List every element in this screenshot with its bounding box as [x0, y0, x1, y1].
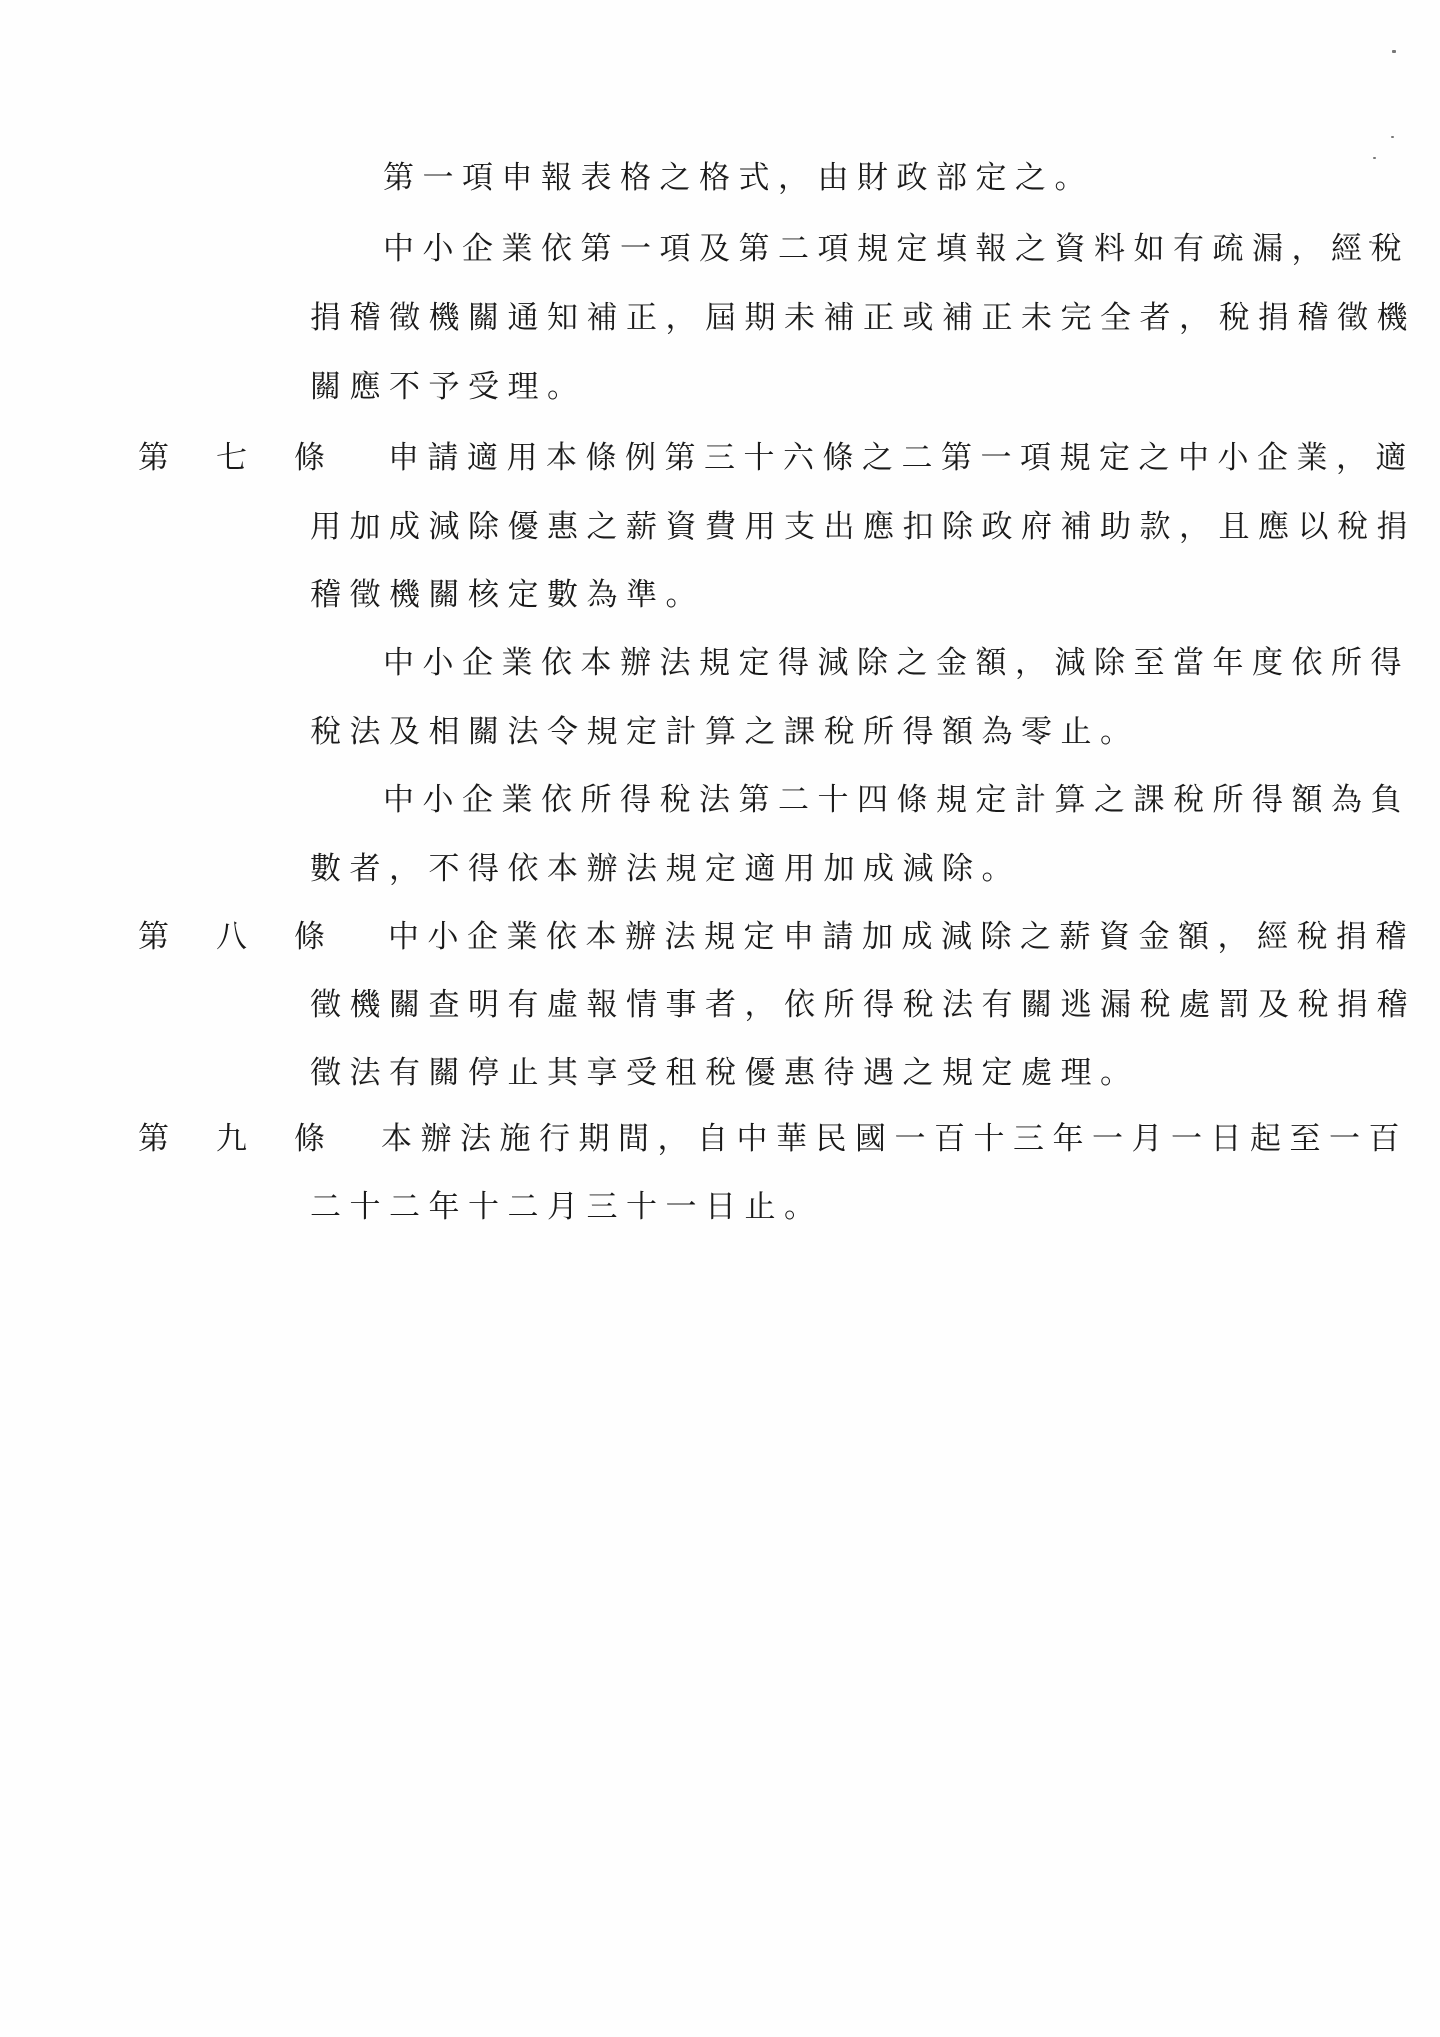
paragraph-line: 徵法有關停止其享受租稅優惠待遇之規定處理。 [310, 1053, 1140, 1093]
paragraph-line: 申請適用本條例第三十六條之二第一項規定之中小企業，適 [388, 438, 1415, 478]
paragraph-line: 捐稽徵機關通知補正，屆期未補正或補正未完全者，稅捐稽徵機 [310, 298, 1416, 338]
paragraph-line: 第一項申報表格之格式，由財政部定之。 [383, 158, 1094, 198]
paragraph-line: 中小企業依所得稅法第二十四條規定計算之課稅所得額為負 [383, 780, 1410, 820]
label-char: 條 [294, 438, 328, 478]
paragraph-line: 中小企業依本辦法規定得減除之金額，減除至當年度依所得 [383, 643, 1410, 683]
paragraph-line: 中小企業依第一項及第二項規定填報之資料如有疏漏，經稅 [383, 229, 1410, 269]
paragraph-line: 數者，不得依本辦法規定適用加成減除。 [310, 849, 1021, 889]
article-label: 第七條 [138, 438, 328, 478]
paragraph-line: 本辦法施行期間，自中華民國一百十三年一月一日起至一百 [381, 1119, 1408, 1159]
article-label: 第九條 [138, 1119, 328, 1159]
label-char: 第 [138, 1119, 172, 1159]
scan-speck [1391, 136, 1394, 138]
label-char: 條 [294, 917, 328, 957]
scan-speck [1373, 157, 1376, 159]
article-label: 第八條 [138, 917, 328, 957]
label-char: 條 [294, 1119, 328, 1159]
label-char: 九 [216, 1119, 250, 1159]
label-char: 第 [138, 917, 172, 957]
paragraph-line: 二十二年十二月三十一日止。 [310, 1187, 824, 1227]
paragraph-line: 稽徵機關核定數為準。 [310, 575, 705, 615]
label-char: 七 [216, 438, 250, 478]
paragraph-line: 中小企業依本辦法規定申請加成減除之薪資金額，經稅捐稽 [388, 917, 1415, 957]
label-char: 八 [216, 917, 250, 957]
scan-speck [1369, 241, 1372, 243]
paragraph-line: 關應不予受理。 [310, 367, 587, 407]
paragraph-line: 用加成減除優惠之薪資費用支出應扣除政府補助款，且應以稅捐 [310, 507, 1416, 547]
scan-speck [1392, 50, 1396, 53]
label-char: 第 [138, 438, 172, 478]
paragraph-line: 稅法及相關法令規定計算之課稅所得額為零止。 [310, 712, 1140, 752]
scanned-document-page: 第一項申報表格之格式，由財政部定之。 中小企業依第一項及第二項規定填報之資料如有… [0, 0, 1440, 2037]
paragraph-line: 徵機關查明有虛報情事者，依所得稅法有關逃漏稅處罰及稅捐稽 [310, 985, 1416, 1025]
